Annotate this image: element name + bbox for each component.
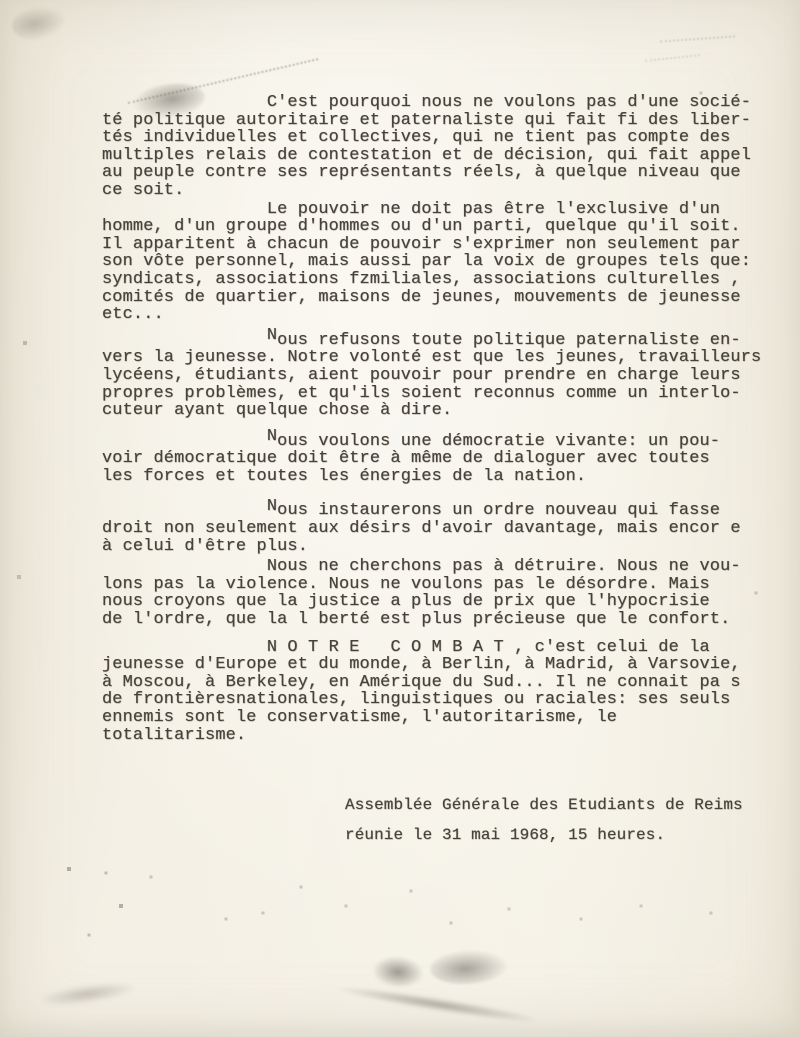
paragraph-nous-refusons: Nous refusons toute politique paternalis… <box>102 332 766 420</box>
paragraph-ordre-nouveau: Nous instaurerons un ordre nouveau qui f… <box>102 502 766 555</box>
smudge-bottom-left <box>39 978 136 1009</box>
scratch-top-right-1 <box>660 35 735 42</box>
smudge-bottom-2 <box>429 947 509 986</box>
paper-speckles <box>0 0 2 2</box>
signature-block: Assemblée Générale des Etudiants de Reim… <box>345 790 766 850</box>
document-page: C'est pourquoi nous ne voulons pas d'une… <box>0 0 800 1037</box>
paragraph-democratie-vivante: Nous voulons une démocratie vivante: un … <box>102 433 766 486</box>
paragraph-notre-combat: N O T R E C O M B A T , c'est celui de l… <box>102 639 766 745</box>
document-body: C'est pourquoi nous ne voulons pas d'une… <box>102 94 766 850</box>
paragraph-societe-politique: C'est pourquoi nous ne voulons pas d'une… <box>102 94 766 200</box>
paragraph-le-pouvoir: Le pouvoir ne doit pas être l'exclusive … <box>102 201 766 324</box>
corner-scribble-mark <box>9 1 69 44</box>
scratch-top-right-2 <box>645 54 700 62</box>
smudge-bottom-sweep <box>338 982 538 1026</box>
smudge-bottom-1 <box>371 954 426 990</box>
paragraph-pas-la-violence: Nous ne cherchons pas à détruire. Nous n… <box>102 558 766 628</box>
